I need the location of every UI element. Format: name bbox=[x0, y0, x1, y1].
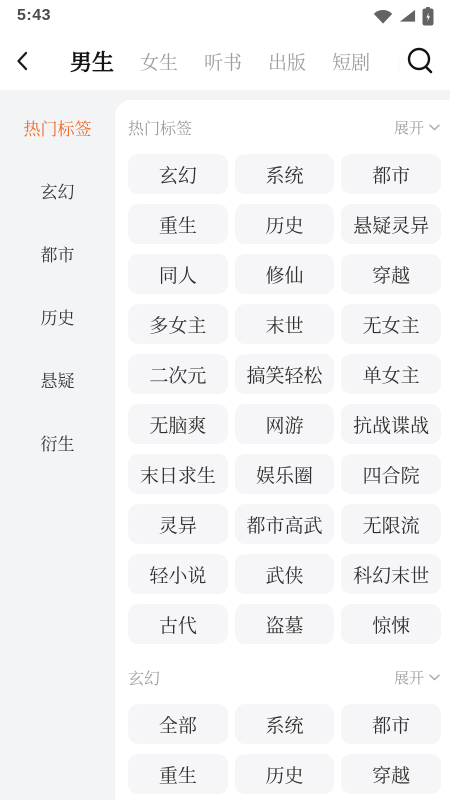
tag-chip[interactable]: 系统 bbox=[235, 704, 335, 744]
tag-chip[interactable]: 同人 bbox=[128, 254, 228, 294]
status-clock: 5:43 bbox=[17, 7, 51, 25]
tag-chip[interactable]: 灵异 bbox=[128, 504, 228, 544]
sidebar-item-derivative[interactable]: 衍生 bbox=[0, 411, 115, 474]
search-button[interactable] bbox=[407, 47, 435, 75]
wifi-icon bbox=[373, 9, 393, 24]
tag-chip[interactable]: 惊悚 bbox=[341, 604, 441, 644]
tag-grid: 玄幻系统都市重生历史悬疑灵异同人修仙穿越多女主末世无女主二次元搞笑轻松单女主无脑… bbox=[128, 154, 441, 644]
tag-chip[interactable]: 科幻末世 bbox=[341, 554, 441, 594]
nav-bar: 男生女生听书出版短剧漫 bbox=[0, 32, 450, 90]
tag-chip[interactable]: 娱乐圈 bbox=[235, 454, 335, 494]
tag-chip[interactable]: 全部 bbox=[128, 704, 228, 744]
sidebar-item-xuanhuan[interactable]: 玄幻 bbox=[0, 159, 115, 222]
tag-chip[interactable]: 网游 bbox=[235, 404, 335, 444]
tag-grid: 全部系统都市重生历史穿越 bbox=[128, 704, 441, 794]
tab-short-drama[interactable]: 短剧 bbox=[332, 48, 370, 75]
tab-publish[interactable]: 出版 bbox=[268, 48, 306, 75]
tag-chip[interactable]: 都市高武 bbox=[235, 504, 335, 544]
tab-female[interactable]: 女生 bbox=[140, 48, 178, 75]
nav-right-fade bbox=[370, 32, 450, 90]
tag-chip[interactable]: 玄幻 bbox=[128, 154, 228, 194]
expand-label: 展开 bbox=[394, 117, 424, 138]
tab-audiobook[interactable]: 听书 bbox=[204, 48, 242, 75]
tag-chip[interactable]: 历史 bbox=[235, 754, 335, 794]
expand-button[interactable]: 展开 bbox=[394, 667, 440, 688]
sidebar-item-hot-tags[interactable]: 热门标签 bbox=[0, 96, 115, 159]
expand-button[interactable]: 展开 bbox=[394, 117, 440, 138]
tag-chip[interactable]: 无限流 bbox=[341, 504, 441, 544]
tag-chip[interactable]: 搞笑轻松 bbox=[235, 354, 335, 394]
tag-chip[interactable]: 穿越 bbox=[341, 254, 441, 294]
sidebar-item-suspense[interactable]: 悬疑 bbox=[0, 348, 115, 411]
app-screen: 5:43 bbox=[0, 0, 450, 800]
tag-chip[interactable]: 盗墓 bbox=[235, 604, 335, 644]
back-button[interactable] bbox=[16, 46, 42, 76]
battery-charging-icon bbox=[422, 7, 434, 26]
tag-chip[interactable]: 末日求生 bbox=[128, 454, 228, 494]
tag-chip[interactable]: 抗战谍战 bbox=[341, 404, 441, 444]
tag-chip[interactable]: 重生 bbox=[128, 204, 228, 244]
tags-panel: 热门标签展开玄幻系统都市重生历史悬疑灵异同人修仙穿越多女主末世无女主二次元搞笑轻… bbox=[115, 100, 450, 800]
content-area: 热门标签玄幻都市历史悬疑衍生 热门标签展开玄幻系统都市重生历史悬疑灵异同人修仙穿… bbox=[0, 90, 450, 800]
sidebar-item-urban[interactable]: 都市 bbox=[0, 222, 115, 285]
cellular-signal-icon bbox=[399, 9, 416, 23]
status-icons bbox=[373, 7, 434, 26]
chevron-down-icon bbox=[429, 124, 440, 131]
tag-chip[interactable]: 四合院 bbox=[341, 454, 441, 494]
tag-chip[interactable]: 末世 bbox=[235, 304, 335, 344]
tag-chip[interactable]: 古代 bbox=[128, 604, 228, 644]
category-sidebar: 热门标签玄幻都市历史悬疑衍生 bbox=[0, 90, 115, 800]
sidebar-item-history[interactable]: 历史 bbox=[0, 285, 115, 348]
status-bar: 5:43 bbox=[0, 0, 450, 32]
section-header: 热门标签展开 bbox=[128, 114, 441, 140]
tag-chip[interactable]: 无女主 bbox=[341, 304, 441, 344]
tag-chip[interactable]: 重生 bbox=[128, 754, 228, 794]
section-title: 玄幻 bbox=[128, 666, 160, 689]
tag-chip[interactable]: 都市 bbox=[341, 704, 441, 744]
tag-chip[interactable]: 都市 bbox=[341, 154, 441, 194]
tag-chip[interactable]: 武侠 bbox=[235, 554, 335, 594]
tag-chip[interactable]: 悬疑灵异 bbox=[341, 204, 441, 244]
tag-chip[interactable]: 无脑爽 bbox=[128, 404, 228, 444]
section-title: 热门标签 bbox=[128, 116, 192, 139]
chevron-left-icon bbox=[16, 51, 28, 71]
tag-section: 热门标签展开玄幻系统都市重生历史悬疑灵异同人修仙穿越多女主末世无女主二次元搞笑轻… bbox=[128, 114, 441, 644]
tag-chip[interactable]: 二次元 bbox=[128, 354, 228, 394]
expand-label: 展开 bbox=[394, 667, 424, 688]
tag-chip[interactable]: 修仙 bbox=[235, 254, 335, 294]
tab-male[interactable]: 男生 bbox=[70, 46, 114, 77]
tag-chip[interactable]: 单女主 bbox=[341, 354, 441, 394]
tag-chip[interactable]: 多女主 bbox=[128, 304, 228, 344]
tag-chip[interactable]: 历史 bbox=[235, 204, 335, 244]
tag-chip[interactable]: 轻小说 bbox=[128, 554, 228, 594]
tag-chip[interactable]: 系统 bbox=[235, 154, 335, 194]
search-icon bbox=[407, 47, 435, 75]
tag-section: 玄幻展开全部系统都市重生历史穿越 bbox=[128, 664, 441, 794]
tag-chip[interactable]: 穿越 bbox=[341, 754, 441, 794]
chevron-down-icon bbox=[429, 674, 440, 681]
section-header: 玄幻展开 bbox=[128, 664, 441, 690]
